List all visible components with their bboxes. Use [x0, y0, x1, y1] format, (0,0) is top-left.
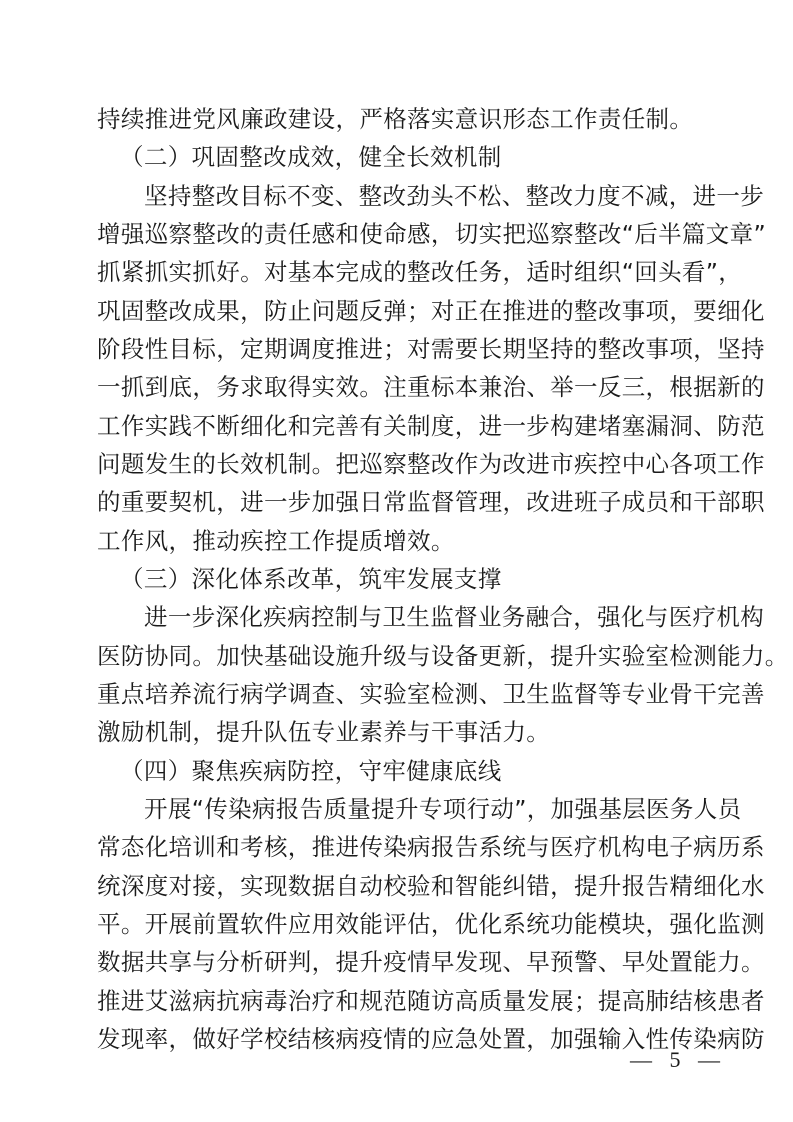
body-text-line: 推进艾滋病抗病毒治疗和规范随访高质量发展；提高肺结核患者: [97, 986, 687, 1016]
body-text-line: 重点培养流行病学调查、实验室检测、卫生监督等专业骨干完善: [97, 679, 687, 709]
page-number: — 5 —: [630, 1047, 726, 1073]
body-text-line: 持续推进党风廉政建设，严格落实意识形态工作责任制。: [97, 104, 687, 134]
body-text-line: 平。开展前置软件应用效能评估，优化系统功能模块，强化监测: [97, 909, 687, 939]
body-text-line: 数据共享与分析研判，提升疫情早发现、早预警、早处置能力。: [97, 947, 687, 977]
body-text-line: 发现率，做好学校结核病疫情的应急处置，加强输入性传染病防: [97, 1024, 687, 1054]
section-heading-3: （三）深化体系改革，筑牢发展支撑: [120, 564, 502, 594]
body-text-line: 问题发生的长效机制。把巡察整改作为改进市疾控中心各项工作: [97, 449, 687, 479]
body-text-line: 巩固整改成果，防止问题反弹；对正在推进的整改事项，要细化: [97, 296, 687, 326]
body-text-line: 抓紧抓实抓好。对基本完成的整改任务，适时组织“回头看”，: [97, 257, 687, 287]
body-text-line: 一抓到底，务求取得实效。注重标本兼治、举一反三，根据新的: [97, 372, 687, 402]
body-text-line: 工作实践不断细化和完善有关制度，进一步构建堵塞漏洞、防范: [97, 411, 687, 441]
body-text-line: 常态化培训和考核，推进传染病报告系统与医疗机构电子病历系: [97, 832, 687, 862]
body-text-line: 阶段性目标，定期调度推进；对需要长期坚持的整改事项，坚持: [97, 334, 687, 364]
section-heading-4: （四）聚焦疾病防控，守牢健康底线: [120, 756, 502, 786]
paragraph-first-line: 坚持整改目标不变、整改劲头不松、整改力度不减，进一步: [144, 181, 687, 211]
document-page: 持续推进党风廉政建设，严格落实意识形态工作责任制。 （二）巩固整改成效，健全长效…: [0, 0, 793, 1122]
body-text-line: 统深度对接，实现数据自动校验和智能纠错，提升报告精细化水: [97, 871, 687, 901]
paragraph-first-line: 进一步深化疾病控制与卫生监督业务融合，强化与医疗机构: [144, 602, 687, 632]
body-text-line: 激励机制，提升队伍专业素养与干事活力。: [97, 717, 687, 747]
body-text-line: 医防协同。加快基础设施升级与设备更新，提升实验室检测能力。: [97, 641, 687, 671]
section-heading-2: （二）巩固整改成效，健全长效机制: [120, 142, 502, 172]
paragraph-first-line: 开展“传染病报告质量提升专项行动”，加强基层医务人员: [144, 794, 687, 824]
body-text-line: 的重要契机，进一步加强日常监督管理，改进班子成员和干部职: [97, 487, 687, 517]
body-text-line: 工作风，推动疾控工作提质增效。: [97, 526, 687, 556]
body-text-line: 增强巡察整改的责任感和使命感，切实把巡察整改“后半篇文章”: [97, 219, 687, 249]
